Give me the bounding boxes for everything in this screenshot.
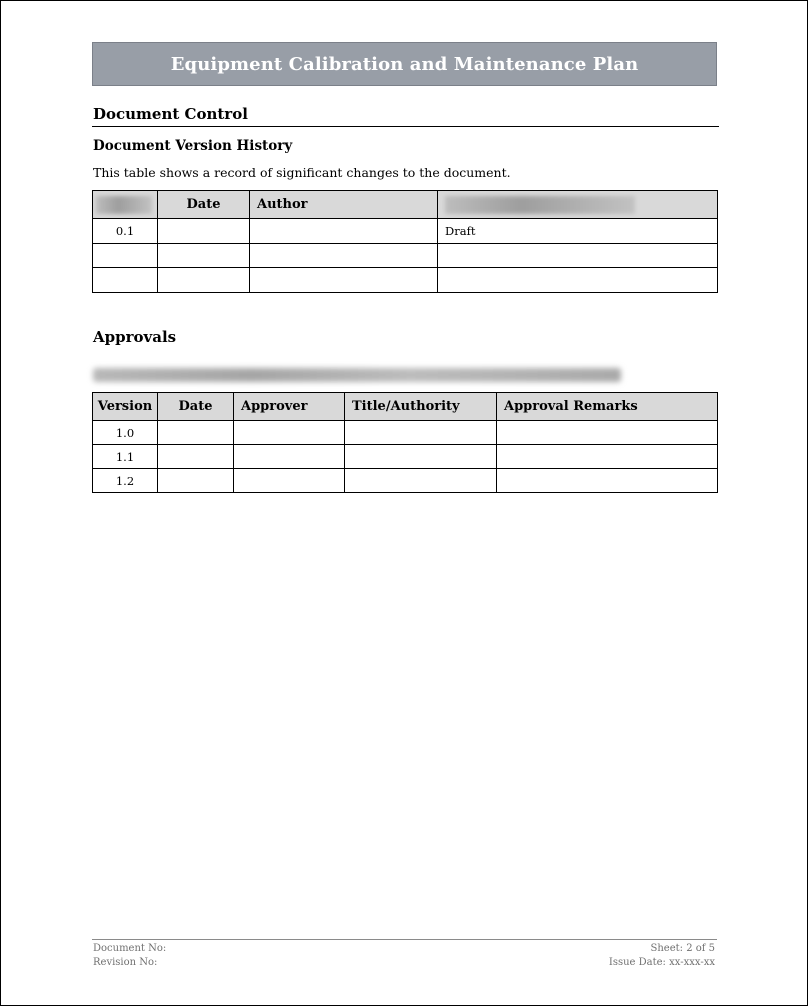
table-row: 0.1Draft bbox=[93, 219, 718, 244]
table-cell[interactable] bbox=[158, 243, 250, 268]
footer-divider bbox=[92, 939, 717, 940]
document-control-heading: Document Control bbox=[93, 105, 718, 126]
table-cell[interactable] bbox=[158, 219, 250, 244]
footer-right: Sheet: 2 of 5 Issue Date: xx-xxx-xx bbox=[609, 942, 715, 970]
table-cell[interactable] bbox=[234, 445, 345, 469]
table-row bbox=[93, 243, 718, 268]
column-header-version bbox=[93, 191, 158, 219]
table-cell[interactable] bbox=[438, 243, 718, 268]
column-header-author: Author bbox=[250, 191, 438, 219]
table-cell[interactable] bbox=[158, 469, 234, 493]
document-page: Equipment Calibration and Maintenance Pl… bbox=[0, 0, 808, 1006]
table-cell[interactable]: 1.0 bbox=[93, 421, 158, 445]
table-cell[interactable] bbox=[93, 268, 158, 293]
redacted-text bbox=[96, 196, 152, 214]
column-header-date: Date bbox=[158, 191, 250, 219]
table-row: 1.2 bbox=[93, 469, 718, 493]
column-header-approver: Approver bbox=[234, 393, 345, 421]
table-cell[interactable]: 1.1 bbox=[93, 445, 158, 469]
document-no-label: Document No: bbox=[93, 942, 166, 956]
table-row: 1.1 bbox=[93, 445, 718, 469]
version-history-table: Date Author 0.1Draft bbox=[92, 190, 718, 293]
column-header-approval-remarks: Approval Remarks bbox=[497, 393, 718, 421]
table-cell[interactable] bbox=[345, 469, 497, 493]
document-title: Equipment Calibration and Maintenance Pl… bbox=[171, 54, 639, 75]
table-cell[interactable] bbox=[158, 445, 234, 469]
table-cell[interactable] bbox=[250, 243, 438, 268]
table-cell[interactable]: 1.2 bbox=[93, 469, 158, 493]
table-cell[interactable] bbox=[250, 219, 438, 244]
table-header-row: Date Author bbox=[93, 191, 718, 219]
table-cell[interactable] bbox=[345, 421, 497, 445]
redacted-text bbox=[445, 196, 635, 214]
table-cell[interactable] bbox=[497, 469, 718, 493]
version-history-intro: This table shows a record of significant… bbox=[93, 165, 511, 180]
table-cell[interactable] bbox=[158, 268, 250, 293]
table-cell[interactable] bbox=[345, 445, 497, 469]
revision-no-label: Revision No: bbox=[93, 956, 166, 970]
column-header-description bbox=[438, 191, 718, 219]
footer-left: Document No: Revision No: bbox=[93, 942, 166, 970]
column-header-version: Version bbox=[93, 393, 158, 421]
approvals-table: Version Date Approver Title/Authority Ap… bbox=[92, 392, 718, 493]
table-cell[interactable] bbox=[497, 421, 718, 445]
approvals-heading: Approvals bbox=[93, 328, 176, 346]
table-row bbox=[93, 268, 718, 293]
table-cell[interactable]: Draft bbox=[438, 219, 718, 244]
table-cell[interactable] bbox=[234, 421, 345, 445]
table-row: 1.0 bbox=[93, 421, 718, 445]
table-cell[interactable] bbox=[158, 421, 234, 445]
table-cell[interactable] bbox=[497, 445, 718, 469]
sheet-number: Sheet: 2 of 5 bbox=[609, 942, 715, 956]
table-cell[interactable] bbox=[234, 469, 345, 493]
column-header-title-authority: Title/Authority bbox=[345, 393, 497, 421]
section-divider bbox=[92, 126, 719, 127]
table-cell[interactable] bbox=[250, 268, 438, 293]
table-cell[interactable]: 0.1 bbox=[93, 219, 158, 244]
table-cell[interactable] bbox=[93, 243, 158, 268]
column-header-date: Date bbox=[158, 393, 234, 421]
table-header-row: Version Date Approver Title/Authority Ap… bbox=[93, 393, 718, 421]
approvals-intro-redacted bbox=[93, 368, 621, 382]
version-history-heading: Document Version History bbox=[93, 138, 292, 154]
document-title-bar: Equipment Calibration and Maintenance Pl… bbox=[92, 42, 717, 86]
issue-date: Issue Date: xx-xxx-xx bbox=[609, 956, 715, 970]
table-cell[interactable] bbox=[438, 268, 718, 293]
